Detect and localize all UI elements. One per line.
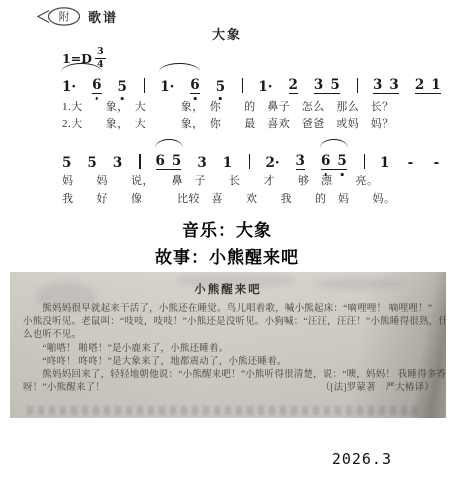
lyric-line-verse2a: 2.大 象， 大 象， 你 最 喜欢 爸爸 或妈 妈？ [62, 115, 442, 131]
note: 6 [92, 79, 101, 93]
note: 2· [265, 157, 279, 171]
note-token: 3 [197, 157, 206, 171]
date-stamp: 2026.3 [332, 450, 392, 468]
notation-line-1: 1·651·651·23533212 [62, 62, 454, 94]
note: 5 [337, 155, 346, 169]
time-numerator: 3 [95, 47, 106, 59]
note: 5 [172, 155, 181, 169]
lyric-line-verse1a: 1.大 象， 大 象， 你 的 鼻子 怎么 那么 长？ [62, 98, 442, 114]
slur-arc [159, 63, 200, 72]
story-line: 么也听不见。 [23, 329, 436, 342]
story-line: 熊妈妈很早就起来干活了，小熊还在睡觉。鸟儿唱着歌，喊小熊起床：“嘀哩哩！ 嘀哩哩… [23, 303, 436, 316]
note: 1 [223, 157, 232, 171]
badge-label: 附 [59, 10, 70, 23]
note: 5 [330, 79, 339, 93]
story-caption: 故事：小熊醒来吧 [0, 243, 454, 268]
note-token: 5 [216, 81, 225, 95]
note: 1· [258, 81, 272, 95]
barline [357, 78, 358, 93]
note-token: 5 [118, 81, 127, 95]
note-token: 1 [223, 157, 232, 171]
lyric-line-verse2b: 我 好 像 比较 喜 欢 我 的 妈 妈。 [62, 190, 442, 206]
barline [249, 154, 250, 169]
document-page: 附 歌谱 大象 1=D 3 4 1·651·651·23533212 1.大 象… [0, 0, 454, 490]
note: 2 [289, 79, 298, 93]
lyric-line-verse1b: 妈 妈 说， 鼻 子 长 才 够 漂 亮。 [62, 172, 442, 188]
note-token: 1 [380, 157, 389, 171]
note: 1· [62, 81, 76, 95]
note-token: 3 [296, 155, 305, 171]
held-note-dash: - [405, 157, 415, 171]
note: 3 [314, 79, 323, 93]
note: 5 [216, 81, 225, 95]
note: 6 [321, 155, 330, 169]
story-attribution: （[法]罗蒙著 严大椿译） [321, 382, 434, 395]
story-line: 熊妈妈回来了，轻轻地朝他说：“小熊醒来吧！”小熊听得很清楚，说：“噢，妈妈！ 我… [23, 369, 436, 382]
note: 3 [296, 155, 305, 169]
note-token: 21 [415, 79, 441, 95]
note-token: 35 [314, 79, 340, 95]
barline [139, 154, 140, 169]
note: 6 [190, 79, 199, 93]
barline [364, 154, 365, 169]
note: 5 [62, 157, 71, 171]
note-token: 1· [258, 81, 272, 95]
story-line-text: 呀！”小熊醒来了！ [23, 382, 105, 395]
note: 1 [431, 79, 440, 93]
story-title: 小熊醒来吧 [10, 272, 446, 297]
slur-arc [61, 63, 102, 72]
book-page-photo: 小熊醒来吧 熊妈妈很早就起来干活了，小熊还在睡觉。鸟儿唱着歌，喊小熊起床：“嘀哩… [10, 272, 446, 418]
note: 1· [160, 81, 174, 95]
note: 5 [87, 157, 96, 171]
note-token: 5 [62, 157, 71, 171]
note: 3 [389, 79, 398, 93]
note: 3 [373, 79, 382, 93]
slur-arc [155, 139, 183, 148]
note-token: 5 [87, 157, 96, 171]
note: 2 [415, 79, 424, 93]
song-title: 大象 [0, 24, 454, 43]
story-line: “咚咚！ 咚咚！”是大象来了，地都震动了，小熊还睡着。 [23, 356, 436, 369]
held-note-dash: - [431, 157, 441, 171]
note-token: 65 [321, 155, 347, 171]
music-caption: 音乐：大象 [0, 216, 454, 241]
note: 3 [113, 157, 122, 171]
note-token: 1· [160, 81, 174, 95]
notation-line-2: 55365312·3651-- [62, 138, 454, 170]
note: 3 [197, 157, 206, 171]
note-token: 33 [373, 79, 399, 95]
story-text: 熊妈妈很早就起来干活了，小熊还在睡觉。鸟儿唱着歌，喊小熊起床：“嘀哩哩！ 嘀哩哩… [10, 297, 446, 395]
story-line: “啪嗒！ 啪嗒！”是小鹿来了，小熊还睡着。 [23, 343, 436, 356]
story-line: 小熊没听见。老鼠叫：“吱吱，吱吱！”小熊还是没听见。小狗喊：“汪汪，汪汪！”小熊… [23, 316, 436, 329]
note: 1 [380, 157, 389, 171]
note-token: 3 [113, 157, 122, 171]
page-bleedthrough-textline [27, 406, 419, 415]
barline [242, 78, 243, 93]
note-token: 1· [62, 81, 76, 95]
note-token: 6 [92, 79, 101, 95]
note-token: 2 [289, 79, 298, 95]
note-token: 6 [190, 79, 199, 95]
story-line: 呀！”小熊醒来了！（[法]罗蒙著 严大椿译） [23, 382, 436, 395]
note: 6 [156, 155, 165, 169]
note-token: 65 [156, 155, 182, 171]
note: 5 [118, 81, 127, 95]
barline [144, 78, 145, 93]
slur-arc [320, 139, 348, 148]
note-token: 2· [265, 157, 279, 171]
